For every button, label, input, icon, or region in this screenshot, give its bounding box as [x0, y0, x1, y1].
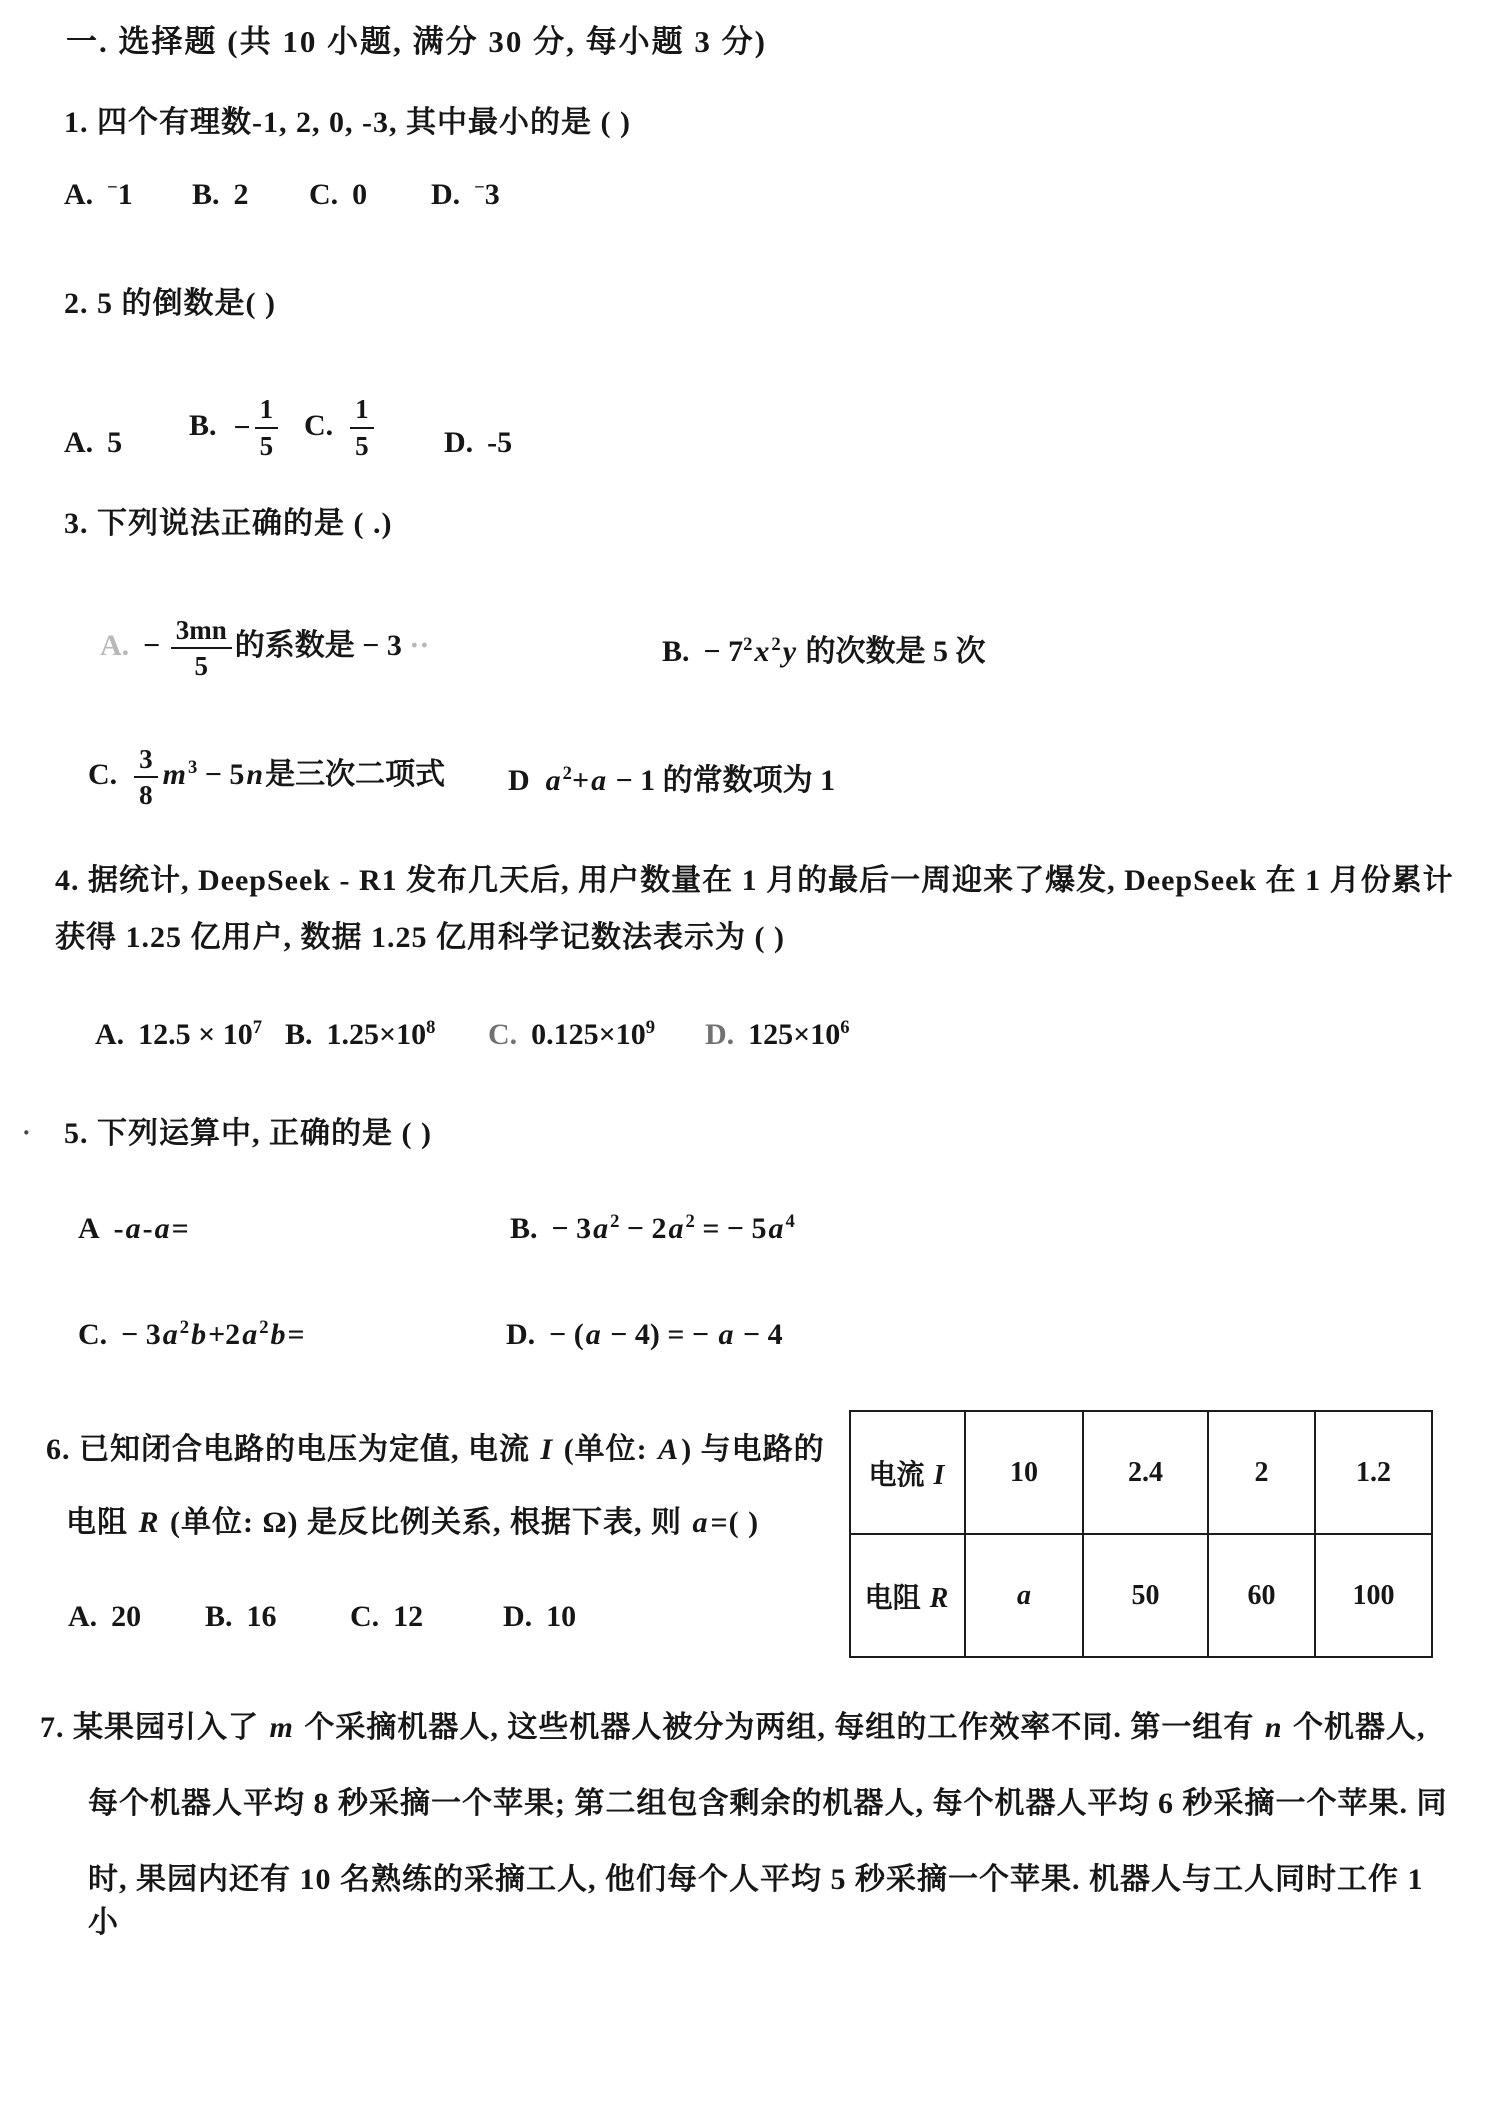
math-variable: a: [161, 1318, 180, 1351]
math-fraction: 38: [134, 745, 158, 810]
math-variable: b: [189, 1318, 208, 1351]
option: C.0.125×109: [488, 1018, 705, 1052]
math-fraction: −15: [234, 395, 279, 460]
math-variable: a: [591, 1212, 610, 1245]
option-value: −1: [107, 178, 133, 211]
question-4-options: A.12.5 × 107B.1.25×108C.0.125×109D.125×1…: [95, 1018, 850, 1052]
table-cell: 60: [1208, 1534, 1315, 1657]
table-cell: 10: [965, 1411, 1083, 1534]
option: C.− 3a2b+2a2b=: [78, 1318, 506, 1352]
option-label: D.: [444, 426, 473, 460]
option: C.15: [304, 395, 444, 460]
option-label: C.: [309, 178, 338, 212]
question-7-line2: 每个机器人平均 8 秒采摘一个苹果; 第二组包含剩余的机器人, 每个机器人平均 …: [40, 1782, 1460, 1825]
question-6-line1: 6. 已知闭合电路的电压为定值, 电流 I (单位: A) 与电路的: [46, 1424, 825, 1468]
section-title: 一. 选择题 (共 10 小题, 满分 30 分, 每小题 3 分): [66, 16, 767, 61]
option: A.20: [68, 1600, 205, 1634]
math-exponent: 6: [840, 1017, 849, 1038]
table-cell: 1.2: [1315, 1411, 1432, 1534]
math-variable: a: [717, 1318, 736, 1351]
math-exponent: 4: [786, 1211, 795, 1232]
math-variable: R: [928, 1583, 951, 1614]
math-variable: a: [767, 1212, 786, 1245]
table-row: 电流 I102.421.2: [850, 1411, 1432, 1534]
math-exponent: −: [474, 177, 485, 198]
math-exponent: 2: [180, 1317, 189, 1338]
option-value: a2+a − 1 的常数项为 1: [544, 764, 836, 797]
math-variable: a: [153, 1212, 172, 1245]
faint-mark: ··: [402, 629, 430, 662]
option-value: −15: [231, 409, 282, 442]
option: A.12.5 × 107: [95, 1018, 285, 1052]
question-4-line1: 4. 据统计, DeepSeek - R1 发布几天后, 用户数量在 1 月的最…: [55, 852, 1465, 909]
math-variable: a: [1015, 1580, 1033, 1611]
option-label: C.: [78, 1318, 107, 1352]
option-value: 1.25×108: [327, 1018, 436, 1051]
option-value: 16: [247, 1600, 277, 1633]
question-2-options: A.5B.−15C.15D.-5: [64, 368, 512, 460]
option-label: C.: [350, 1600, 379, 1634]
option: D.−3: [431, 178, 500, 212]
math-exponent: 8: [426, 1017, 435, 1038]
option-value: −3: [474, 178, 500, 211]
table-row: 电阻 Ra5060100: [850, 1534, 1432, 1657]
math-exponent: 9: [646, 1017, 655, 1038]
option-value: − 3a2 − 2a2 = − 5a4: [552, 1212, 795, 1245]
math-fraction: 15: [350, 395, 374, 460]
math-variable: A: [656, 1433, 681, 1466]
option-value: 2: [234, 178, 249, 211]
option-value: 125×106: [748, 1018, 849, 1051]
question-7-text: 7. 某果园引入了 m 个采摘机器人, 这些机器人被分为两组, 每组的工作效率不…: [40, 1706, 1460, 1944]
option-value: 10: [546, 1600, 576, 1633]
question-6-options: A.20B.16C.12D.10: [68, 1600, 576, 1634]
option-label: C.: [488, 1018, 517, 1052]
table-cell: 100: [1315, 1534, 1432, 1657]
option: A-a-a=: [78, 1212, 510, 1246]
table-cell: 50: [1083, 1534, 1208, 1657]
option: B.16: [205, 1600, 350, 1634]
option-label: B.: [192, 178, 220, 212]
option-label: A.: [68, 1600, 97, 1634]
option: D.125×106: [705, 1018, 850, 1052]
math-variable: a: [667, 1212, 686, 1245]
option: D.− (a − 4) = − a − 4: [506, 1318, 783, 1352]
math-variable: n: [244, 758, 265, 791]
option-label: D.: [431, 178, 460, 212]
option-label: B.: [510, 1212, 538, 1246]
option-value: 15: [347, 409, 377, 442]
question-1-text: 1. 四个有理数-1, 2, 0, -3, 其中最小的是 ( ): [64, 97, 631, 141]
option: D.-5: [444, 426, 512, 460]
option: B.− 3a2 − 2a2 = − 5a4: [510, 1212, 795, 1246]
question-5-options-ab: A-a-a=B.− 3a2 − 2a2 = − 5a4: [78, 1212, 795, 1246]
math-variable: a: [124, 1212, 143, 1245]
math-variable: R: [137, 1506, 162, 1539]
option-label: B.: [189, 409, 217, 443]
math-exponent: 7: [253, 1017, 262, 1038]
table-cell: 2.4: [1083, 1411, 1208, 1534]
math-variable: a: [240, 1318, 259, 1351]
option-value: 12.5 × 107: [138, 1018, 262, 1051]
option-label: D: [508, 764, 530, 798]
option-label: B.: [205, 1600, 233, 1634]
option-label: B.: [662, 635, 690, 669]
question-3-text: 3. 下列说法正确的是 ( .): [64, 498, 392, 542]
math-variable: I: [932, 1460, 947, 1491]
question-3-options-cd: C.38m3 − 5n是三次二项式Da2+a − 1 的常数项为 1: [88, 732, 835, 822]
math-variable: n: [1263, 1711, 1285, 1744]
question-2-text: 2. 5 的倒数是( ): [64, 278, 276, 322]
question-3-options-ab: A.− 3mn5的系数是 − 3 ··B.− 72x2y 的次数是 5 次: [100, 608, 986, 688]
option-value: 0: [352, 178, 367, 211]
question-7-line3: 时, 果园内还有 10 名熟练的采摘工人, 他们每个人平均 5 秒采摘一个苹果.…: [40, 1858, 1460, 1944]
math-fraction: 3mn5: [171, 616, 232, 681]
option-label: A.: [100, 629, 129, 663]
margin-dot: ·: [22, 1118, 31, 1148]
option: B.2: [192, 178, 309, 212]
option-value: -a-a=: [114, 1212, 189, 1245]
math-variable: b: [268, 1318, 287, 1351]
math-variable: y: [781, 635, 798, 668]
option-value: 12: [393, 1600, 423, 1633]
option: B.−15: [189, 395, 304, 460]
option-label: B.: [285, 1018, 313, 1052]
option-value: 5: [107, 426, 122, 459]
option: A.− 3mn5的系数是 − 3 ··: [100, 616, 662, 681]
option-label: D.: [506, 1318, 535, 1352]
math-exponent: 2: [771, 634, 780, 655]
option-value: 38m3 − 5n是三次二项式: [131, 758, 445, 791]
option-value: − 72x2y 的次数是 5 次: [704, 635, 986, 668]
math-variable: a: [691, 1506, 711, 1539]
table-cell: a: [965, 1534, 1083, 1657]
option: C.38m3 − 5n是三次二项式: [88, 745, 508, 810]
option: B.1.25×108: [285, 1018, 488, 1052]
option-value: − 3mn5的系数是 − 3 ··: [143, 629, 429, 662]
math-variable: m: [161, 758, 188, 791]
math-exponent: 2: [686, 1211, 695, 1232]
option-label: A.: [64, 178, 93, 212]
table-row-header: 电流 I: [850, 1411, 965, 1534]
math-variable: x: [752, 635, 771, 668]
table-cell: 2: [1208, 1411, 1315, 1534]
q6-current-resistance-table: 电流 I102.421.2电阻 Ra5060100: [849, 1410, 1433, 1658]
option: D.10: [503, 1600, 576, 1634]
question-6-line2: 电阻 R (单位: Ω) 是反比例关系, 根据下表, 则 a=( ): [66, 1497, 759, 1541]
math-variable: a: [584, 1318, 603, 1351]
option-value: − (a − 4) = − a − 4: [549, 1318, 782, 1351]
math-variable: a: [589, 764, 608, 797]
option: A.5: [64, 426, 189, 460]
math-variable: I: [539, 1433, 556, 1466]
question-4-line2: 获得 1.25 亿用户, 数据 1.25 亿用科学记数法表示为 ( ): [55, 909, 1465, 966]
math-exponent: −: [107, 177, 118, 198]
option-value: 20: [111, 1600, 141, 1633]
math-exponent: 3: [188, 757, 197, 778]
option: Da2+a − 1 的常数项为 1: [508, 755, 835, 799]
question-1-options: A.−1B.2C.0D.−3: [64, 178, 500, 212]
option-value: 0.125×109: [531, 1018, 655, 1051]
option: A.−1: [64, 178, 192, 212]
option-label: D.: [503, 1600, 532, 1634]
option-label: C.: [88, 758, 117, 792]
table-row-header: 电阻 R: [850, 1534, 965, 1657]
option-label: A.: [95, 1018, 124, 1052]
question-5-text: 5. 下列运算中, 正确的是 ( ): [64, 1108, 432, 1152]
option-label: A.: [64, 426, 93, 460]
question-5-options-cd: C.− 3a2b+2a2b=D.− (a − 4) = − a − 4: [78, 1318, 783, 1352]
option: C.12: [350, 1600, 503, 1634]
math-variable: m: [268, 1711, 296, 1744]
math-exponent: 2: [563, 763, 572, 784]
option: C.0: [309, 178, 431, 212]
option-value: − 3a2b+2a2b=: [121, 1318, 304, 1351]
option-label: D.: [705, 1018, 734, 1052]
option: B.− 72x2y 的次数是 5 次: [662, 626, 986, 670]
question-4-text: 4. 据统计, DeepSeek - R1 发布几天后, 用户数量在 1 月的最…: [55, 852, 1465, 966]
scanned-exam-page: 一. 选择题 (共 10 小题, 满分 30 分, 每小题 3 分) 1. 四个…: [0, 0, 1492, 2112]
option-label: A: [78, 1212, 100, 1246]
math-variable: a: [544, 764, 563, 797]
option-label: C.: [304, 409, 333, 443]
question-7-line1: 7. 某果园引入了 m 个采摘机器人, 这些机器人被分为两组, 每组的工作效率不…: [40, 1706, 1460, 1749]
math-exponent: 2: [610, 1211, 619, 1232]
option-value: -5: [487, 426, 512, 459]
